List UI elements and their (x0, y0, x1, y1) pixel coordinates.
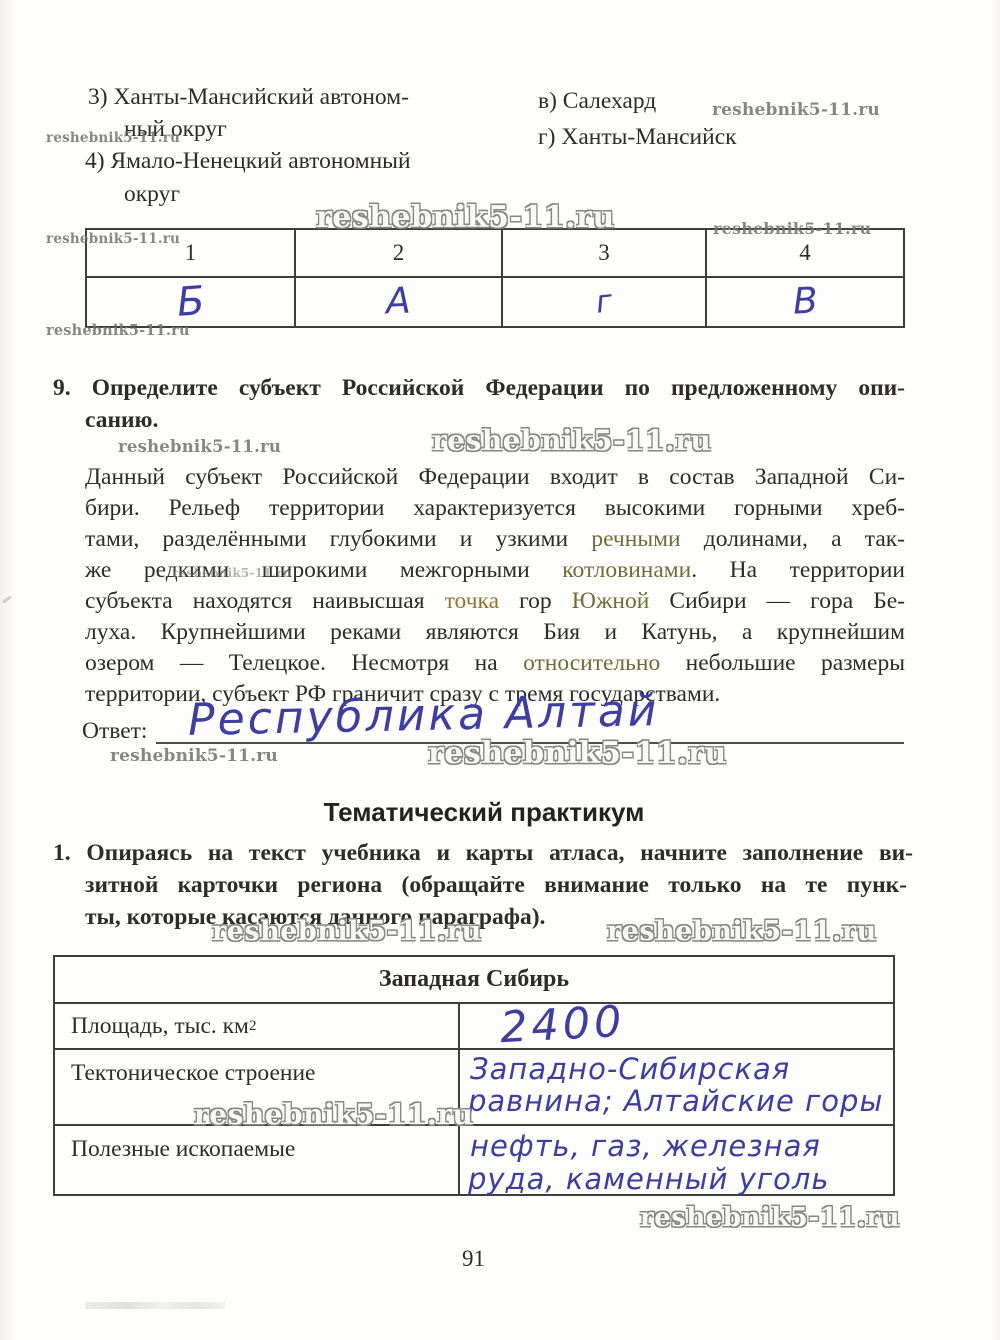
visit-card-title: Западная Сибирь (55, 957, 893, 1004)
paragraph-line: бири. Рельеф территории характеризуется … (85, 493, 905, 524)
tinted-word: относительно (523, 650, 660, 676)
watermark: reshebnik5-11.ru (712, 100, 880, 120)
row-value: 2400 (460, 1004, 893, 1048)
paragraph-line: субъекта находятся наивысшая точка гор Ю… (85, 586, 905, 617)
handwritten-answer-letter: А (386, 284, 412, 321)
answer-grid-header-3: 3 (501, 230, 705, 276)
paragraph-line: Данный субъект Российской Федерации вход… (85, 462, 905, 493)
text-segment: Салехард (563, 88, 656, 114)
watermark: reshebnik5-11.ru (212, 916, 482, 947)
text-segment: . На территории (691, 557, 905, 583)
answer-grid-cell-2: А (294, 276, 501, 326)
tinted-word: речными (591, 526, 680, 552)
paragraph-line: луха. Крупнейшими реками являются Бия и … (85, 617, 905, 648)
visit-card-table: Западная Сибирь Площадь, тыс. км2 2400 Т… (53, 955, 895, 1196)
page-number: 91 (462, 1246, 485, 1272)
text-segment: озером — Телецкое. Несмотря на (85, 650, 523, 676)
task-number: 1. (53, 840, 71, 866)
tinted-word: точка (445, 588, 499, 614)
text-segment: Данный субъект Российской Федерации вход… (85, 464, 905, 490)
visit-card-row-tectonic: Тектоническое строение Западно-Сибирская… (55, 1050, 893, 1126)
option-v-line: в) Салехард (538, 86, 656, 117)
text-segment: небольшие размеры (660, 650, 905, 676)
section-heading: Тематический практикум (0, 797, 984, 828)
watermark: reshebnik5-11.ru (713, 219, 871, 238)
tinted-word: Южной (572, 588, 650, 614)
option-4-line-1: 4) Ямало-Ненецкий автономный (85, 146, 411, 177)
text-segment: гор (499, 588, 572, 614)
watermark: reshebnik5-11.ru (316, 200, 615, 235)
question-9-title-line-1: 9. Определите субъект Российской Федерац… (53, 373, 905, 404)
text-segment: Ханты-Мансийский автоном- (113, 84, 408, 110)
question-number: 9. (53, 375, 71, 401)
handwritten-value-line: нефть, газ, железная (470, 1129, 821, 1163)
answer-label: Ответ: (82, 716, 147, 747)
text-segment: Полезные ископаемые (71, 1136, 295, 1162)
workbook-page: 3) Ханты-Мансийский автоном- ный округ 4… (0, 0, 1000, 1340)
row-value: Западно-Сибирская равнина; Алтайские гор… (460, 1050, 893, 1124)
task-1-line-1: 1. Опираясь на текст учебника и карты ат… (53, 838, 913, 869)
handwritten-value-line: 2400 (499, 997, 627, 1053)
text-segment: Площадь, тыс. км (71, 1013, 249, 1040)
text-segment: долинами, а так- (681, 526, 905, 552)
answer-grid-table: 1 2 3 4 Б А г В (85, 228, 905, 328)
answer-grid-header-2: 2 (294, 230, 501, 276)
watermark: reshebnik5-11.ru (194, 1098, 473, 1131)
option-4-line-2: округ (124, 179, 180, 210)
watermark: reshebnik5-11.ru (118, 437, 281, 456)
visit-card-row-minerals: Полезные ископаемые нефть, газ, железная… (55, 1126, 893, 1196)
handwritten-answer-letter: г (594, 286, 613, 319)
description-paragraph: Данный субъект Российской Федерации вход… (85, 462, 905, 710)
option-number: 4) (85, 148, 105, 174)
watermark: reshebnik5-11.ru (428, 736, 727, 771)
task-1-line-2: зитной карточки региона (обращайте внима… (85, 870, 907, 901)
text-segment: бири. Рельеф территории характеризуется … (85, 495, 905, 521)
scan-artifact (2, 595, 12, 603)
watermark: reshebnik5-11.ru (46, 231, 180, 247)
handwritten-answer-letter: Б (175, 281, 205, 323)
option-letter: в) (538, 88, 557, 114)
watermark: reshebnik5-11.ru (110, 746, 278, 766)
row-value: нефть, газ, железная руда, каменный угол… (460, 1126, 893, 1196)
watermark: reshebnik5-11.ru (607, 916, 877, 947)
watermark: reshebnik5-11.ru (640, 1203, 900, 1233)
visit-card-row-area: Площадь, тыс. км2 2400 (55, 1004, 893, 1050)
paragraph-line: тами, разделёнными глубокими и узкими ре… (85, 524, 905, 555)
scan-artifact (85, 1302, 225, 1309)
answer-grid-cell-4: В (705, 276, 903, 326)
handwritten-answer-letter: В (792, 283, 819, 320)
option-3-line-1: 3) Ханты-Мансийский автоном- (88, 82, 409, 113)
watermark: reshebnik5-11.ru (172, 566, 292, 580)
text-segment: же редкими широкими межгорными (85, 557, 562, 583)
text-segment: Опираясь на текст учебника и карты атлас… (86, 840, 913, 866)
row-label: Полезные ископаемые (55, 1126, 460, 1196)
option-letter: г) (538, 124, 555, 150)
option-g-line: г) Ханты-Мансийск (538, 122, 737, 153)
text-segment: луха. Крупнейшими реками являются Бия и … (85, 619, 905, 645)
option-number: 3) (88, 84, 108, 110)
question-9-title-line-2: санию. (85, 405, 158, 436)
answer-grid-cell-3: г (501, 276, 705, 326)
handwritten-value-line: равнина; Алтайские горы (468, 1084, 883, 1118)
text-segment: Определите субъект Российской Федерации … (92, 375, 905, 401)
text-segment: Ханты-Мансийск (561, 124, 736, 150)
text-segment: Ямало-Ненецкий автономный (110, 148, 410, 174)
answer-grid-cell-1: Б (87, 276, 294, 326)
handwritten-value-line: руда, каменный уголь (468, 1162, 830, 1196)
watermark: reshebnik5-11.ru (46, 130, 180, 146)
label-superscript: 2 (249, 1018, 257, 1035)
tinted-word: котловинами (562, 557, 691, 583)
text-segment: Тектоническое строение (71, 1060, 315, 1086)
row-label: Площадь, тыс. км2 (55, 1004, 460, 1048)
handwritten-value-line: Западно-Сибирская (470, 1052, 790, 1086)
paragraph-line: озером — Телецкое. Несмотря на относител… (85, 648, 905, 679)
watermark: reshebnik5-11.ru (432, 424, 711, 457)
text-segment: субъекта находятся наивысшая (85, 588, 445, 614)
text-segment: Сибири — гора Бе- (649, 588, 905, 614)
watermark: reshebnik5-11.ru (46, 322, 190, 339)
text-segment: тами, разделёнными глубокими и узкими (85, 526, 591, 552)
text-segment: зитной карточки региона (обращайте внима… (85, 872, 907, 898)
